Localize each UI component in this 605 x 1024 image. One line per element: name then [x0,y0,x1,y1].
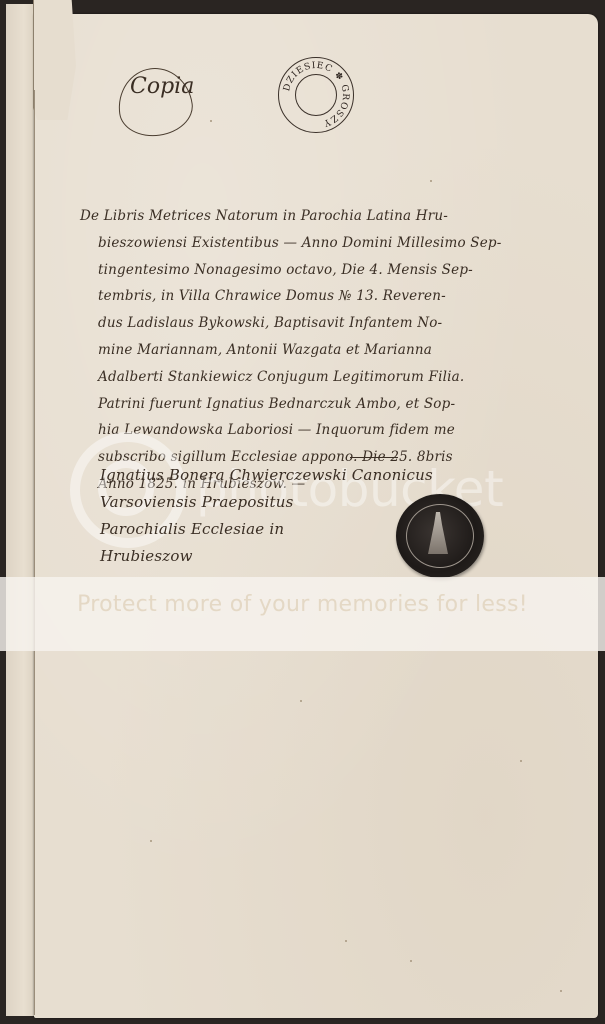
watermark-banner-text: Protect more of your memories for less! [0,592,605,617]
signature-block: Ignatius Bonera Chwierczewski Canonicus … [100,462,433,570]
body-line: tingentesimo Nonagesimo octavo, Die 4. M… [80,257,600,284]
tax-stamp: DZIESIEC ✽ GROSZY [278,57,354,133]
church-wax-seal [396,494,484,578]
signature-line: Varsoviensis Praepositus [100,489,433,516]
body-line: dus Ladislaus Bykowski, Baptisavit Infan… [80,310,600,337]
paper-speck [520,760,522,762]
paper-speck [210,120,212,122]
body-line: De Libris Metrices Natorum in Parochia L… [80,203,600,230]
body-line: Patrini fuerunt Ignatius Bednarczuk Ambo… [80,391,600,418]
body-line: Adalberti Stankiewicz Conjugum Legitimor… [80,364,600,391]
body-line: tembris, in Villa Chrawice Domus № 13. R… [80,283,600,310]
signature-line: Hrubieszow [100,543,433,570]
paper-speck [560,990,562,992]
signature-line: Ignatius Bonera Chwierczewski Canonicus [100,462,433,489]
svg-text:DZIESIEC ✽ GROSZY: DZIESIEC ✽ GROSZY [282,61,350,128]
paper-speck [300,700,302,702]
copy-mark: Copia [130,74,194,99]
closing-flourish [350,457,398,458]
body-line: bieszowiensi Existentibus — Anno Domini … [80,230,600,257]
signature-line: Parochialis Ecclesiae in [100,516,433,543]
torn-corner-flap [33,0,76,120]
scanned-document: Copia DZIESIEC ✽ GROSZY De Libris Metric… [0,0,605,1024]
paper-speck [410,960,412,962]
paper-speck [430,180,432,182]
paper-speck [150,840,152,842]
body-line: mine Mariannam, Antonii Wazgata et Maria… [80,337,600,364]
tax-stamp-ring-text-icon: DZIESIEC ✽ GROSZY [279,58,353,132]
fold-line [34,90,35,1015]
paper-speck [345,940,347,942]
folded-edge-strip [6,4,37,1016]
